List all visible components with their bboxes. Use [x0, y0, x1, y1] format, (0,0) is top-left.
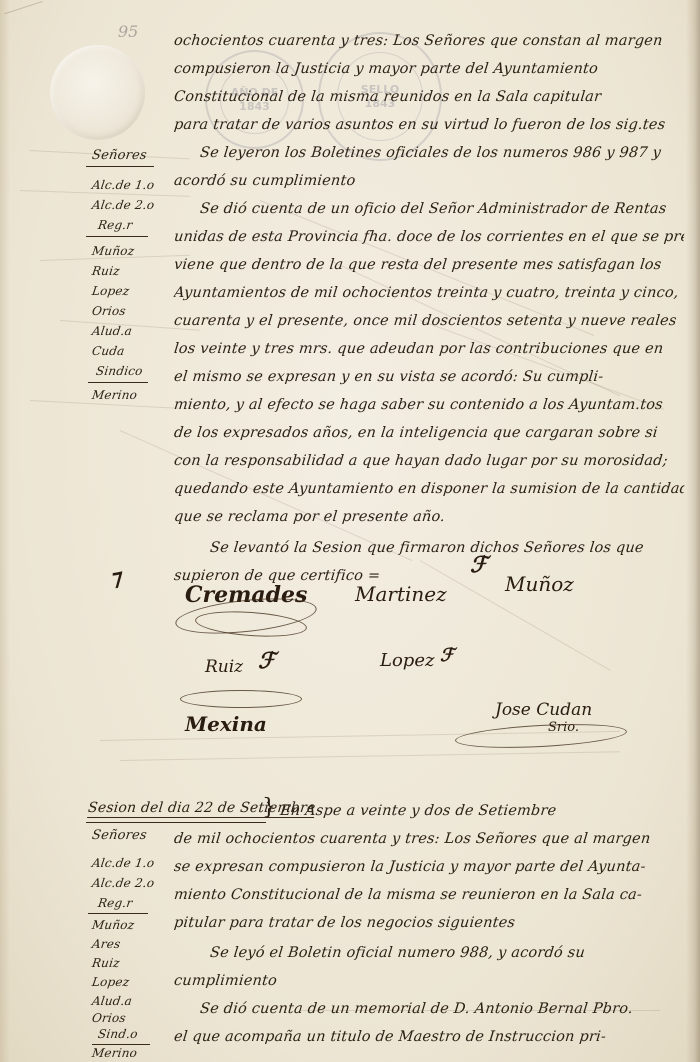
text-line: Se levantó la Sesion que firmaron dichos…: [209, 540, 691, 556]
text-line: pitular para tratar de los negocios sigu…: [173, 915, 685, 931]
embossed-seal: [50, 45, 145, 140]
margin-member: Lopez: [91, 284, 130, 298]
text-line: Se dió cuenta de un memorial de D. Anton…: [199, 1001, 691, 1017]
margin-member: Cuda: [91, 344, 126, 358]
signature-flourish: [455, 721, 628, 752]
text-line: Ayuntamientos de mil ochocientos treinta…: [173, 285, 685, 301]
rubric-mark: ℱ: [470, 552, 487, 578]
margin-member: Merino: [91, 388, 138, 402]
text-line: miento, y al efecto se haga saber su con…: [173, 397, 685, 413]
text-line: cumplimiento: [173, 973, 685, 989]
text-line: para tratar de varios asuntos en su virt…: [173, 117, 685, 133]
manuscript-page: AÑO DE1843 SELLO1843 95 ochocientos cuar…: [0, 0, 700, 1062]
text-line: Se leyeron los Boletines oficiales de lo…: [199, 145, 691, 161]
signature-flourish: [180, 690, 302, 708]
signature-jose-cudan: Jose Cudan: [495, 700, 592, 720]
margin-officer: Reg.r: [97, 896, 133, 910]
margin-member: Muñoz: [91, 918, 135, 932]
text-line: miento Constitucional de la misma se reu…: [173, 887, 685, 903]
margin-member: Sind.o: [97, 1027, 139, 1041]
margin-member: Muñoz: [91, 244, 135, 258]
rubric-mark: ⁊: [108, 564, 123, 592]
text-line: los veinte y tres mrs. que adeudan por l…: [173, 341, 685, 357]
margin-officer: Alc.de 2.o: [91, 876, 155, 890]
signature-lopez: Lopez: [380, 650, 434, 671]
text-line: que se reclama por el presente año.: [173, 509, 685, 525]
page-edge-left: [0, 0, 10, 1062]
text-line: el mismo se expresan y en su vista se ac…: [173, 369, 685, 385]
margin-member: Alud.a: [91, 994, 133, 1008]
text-line: de mil ochocientos cuarenta y tres: Los …: [173, 831, 685, 847]
signature-mexina: Mexina: [185, 712, 267, 736]
text-line: cuarenta y el presente, once mil doscien…: [173, 313, 685, 329]
text-line: viene que dentro de la que resta del pre…: [173, 257, 685, 273]
rubric-mark: ℱ: [258, 648, 275, 674]
text-line: acordó su cumplimiento: [173, 173, 685, 189]
margin-officer: Reg.r: [97, 218, 133, 232]
margin-member: Ruiz: [91, 264, 121, 278]
text-line: se expresan compusieron la Justicia y ma…: [173, 859, 685, 875]
text-line: Se leyó el Boletin oficial numero 988, y…: [209, 945, 691, 961]
margin-officer: Alc.de 2.o: [91, 198, 155, 212]
text-line: con la responsabilidad a que hayan dado …: [173, 453, 685, 469]
margin-member: Lopez: [91, 975, 130, 989]
margin-member: Sindico: [95, 364, 144, 378]
text-line: compusieron la Justicia y mayor parte de…: [173, 61, 685, 77]
rubric-mark: ℱ: [440, 645, 454, 666]
margin-member: Alud.a: [91, 324, 133, 338]
folio-number: 95: [118, 22, 138, 41]
corner-fold: [0, 0, 43, 14]
signature-martinez: Martinez: [355, 582, 447, 606]
text-line: el que acompaña un titulo de Maestro de …: [173, 1029, 685, 1045]
text-line: de los expresados años, en la inteligenc…: [173, 425, 685, 441]
margin-member: Orios: [91, 304, 127, 318]
margin-heading: Señores: [91, 148, 148, 163]
margin-officer: Alc.de 1.o: [91, 856, 155, 870]
margin-heading: Señores: [91, 828, 148, 843]
brace-mark: }: [262, 795, 276, 820]
signature-munoz: Muñoz: [505, 572, 574, 596]
text-line: En Aspe a veinte y dos de Setiembre: [279, 803, 691, 819]
text-line: unidas de esta Provincia fha. doce de lo…: [173, 229, 685, 245]
margin-member: Ares: [91, 937, 121, 951]
text-line: Constitucional de la misma reunidos en l…: [173, 89, 685, 105]
margin-member: Orios: [91, 1011, 127, 1025]
margin-officer: Alc.de 1.o: [91, 178, 155, 192]
text-line: quedando este Ayuntamiento en disponer l…: [173, 481, 685, 497]
text-line: Se dió cuenta de un oficio del Señor Adm…: [199, 201, 691, 217]
signature-ruiz: Ruiz: [205, 657, 243, 677]
margin-member: Merino: [91, 1046, 138, 1060]
text-line: ochocientos cuarenta y tres: Los Señores…: [173, 33, 685, 49]
margin-member: Ruiz: [91, 956, 121, 970]
